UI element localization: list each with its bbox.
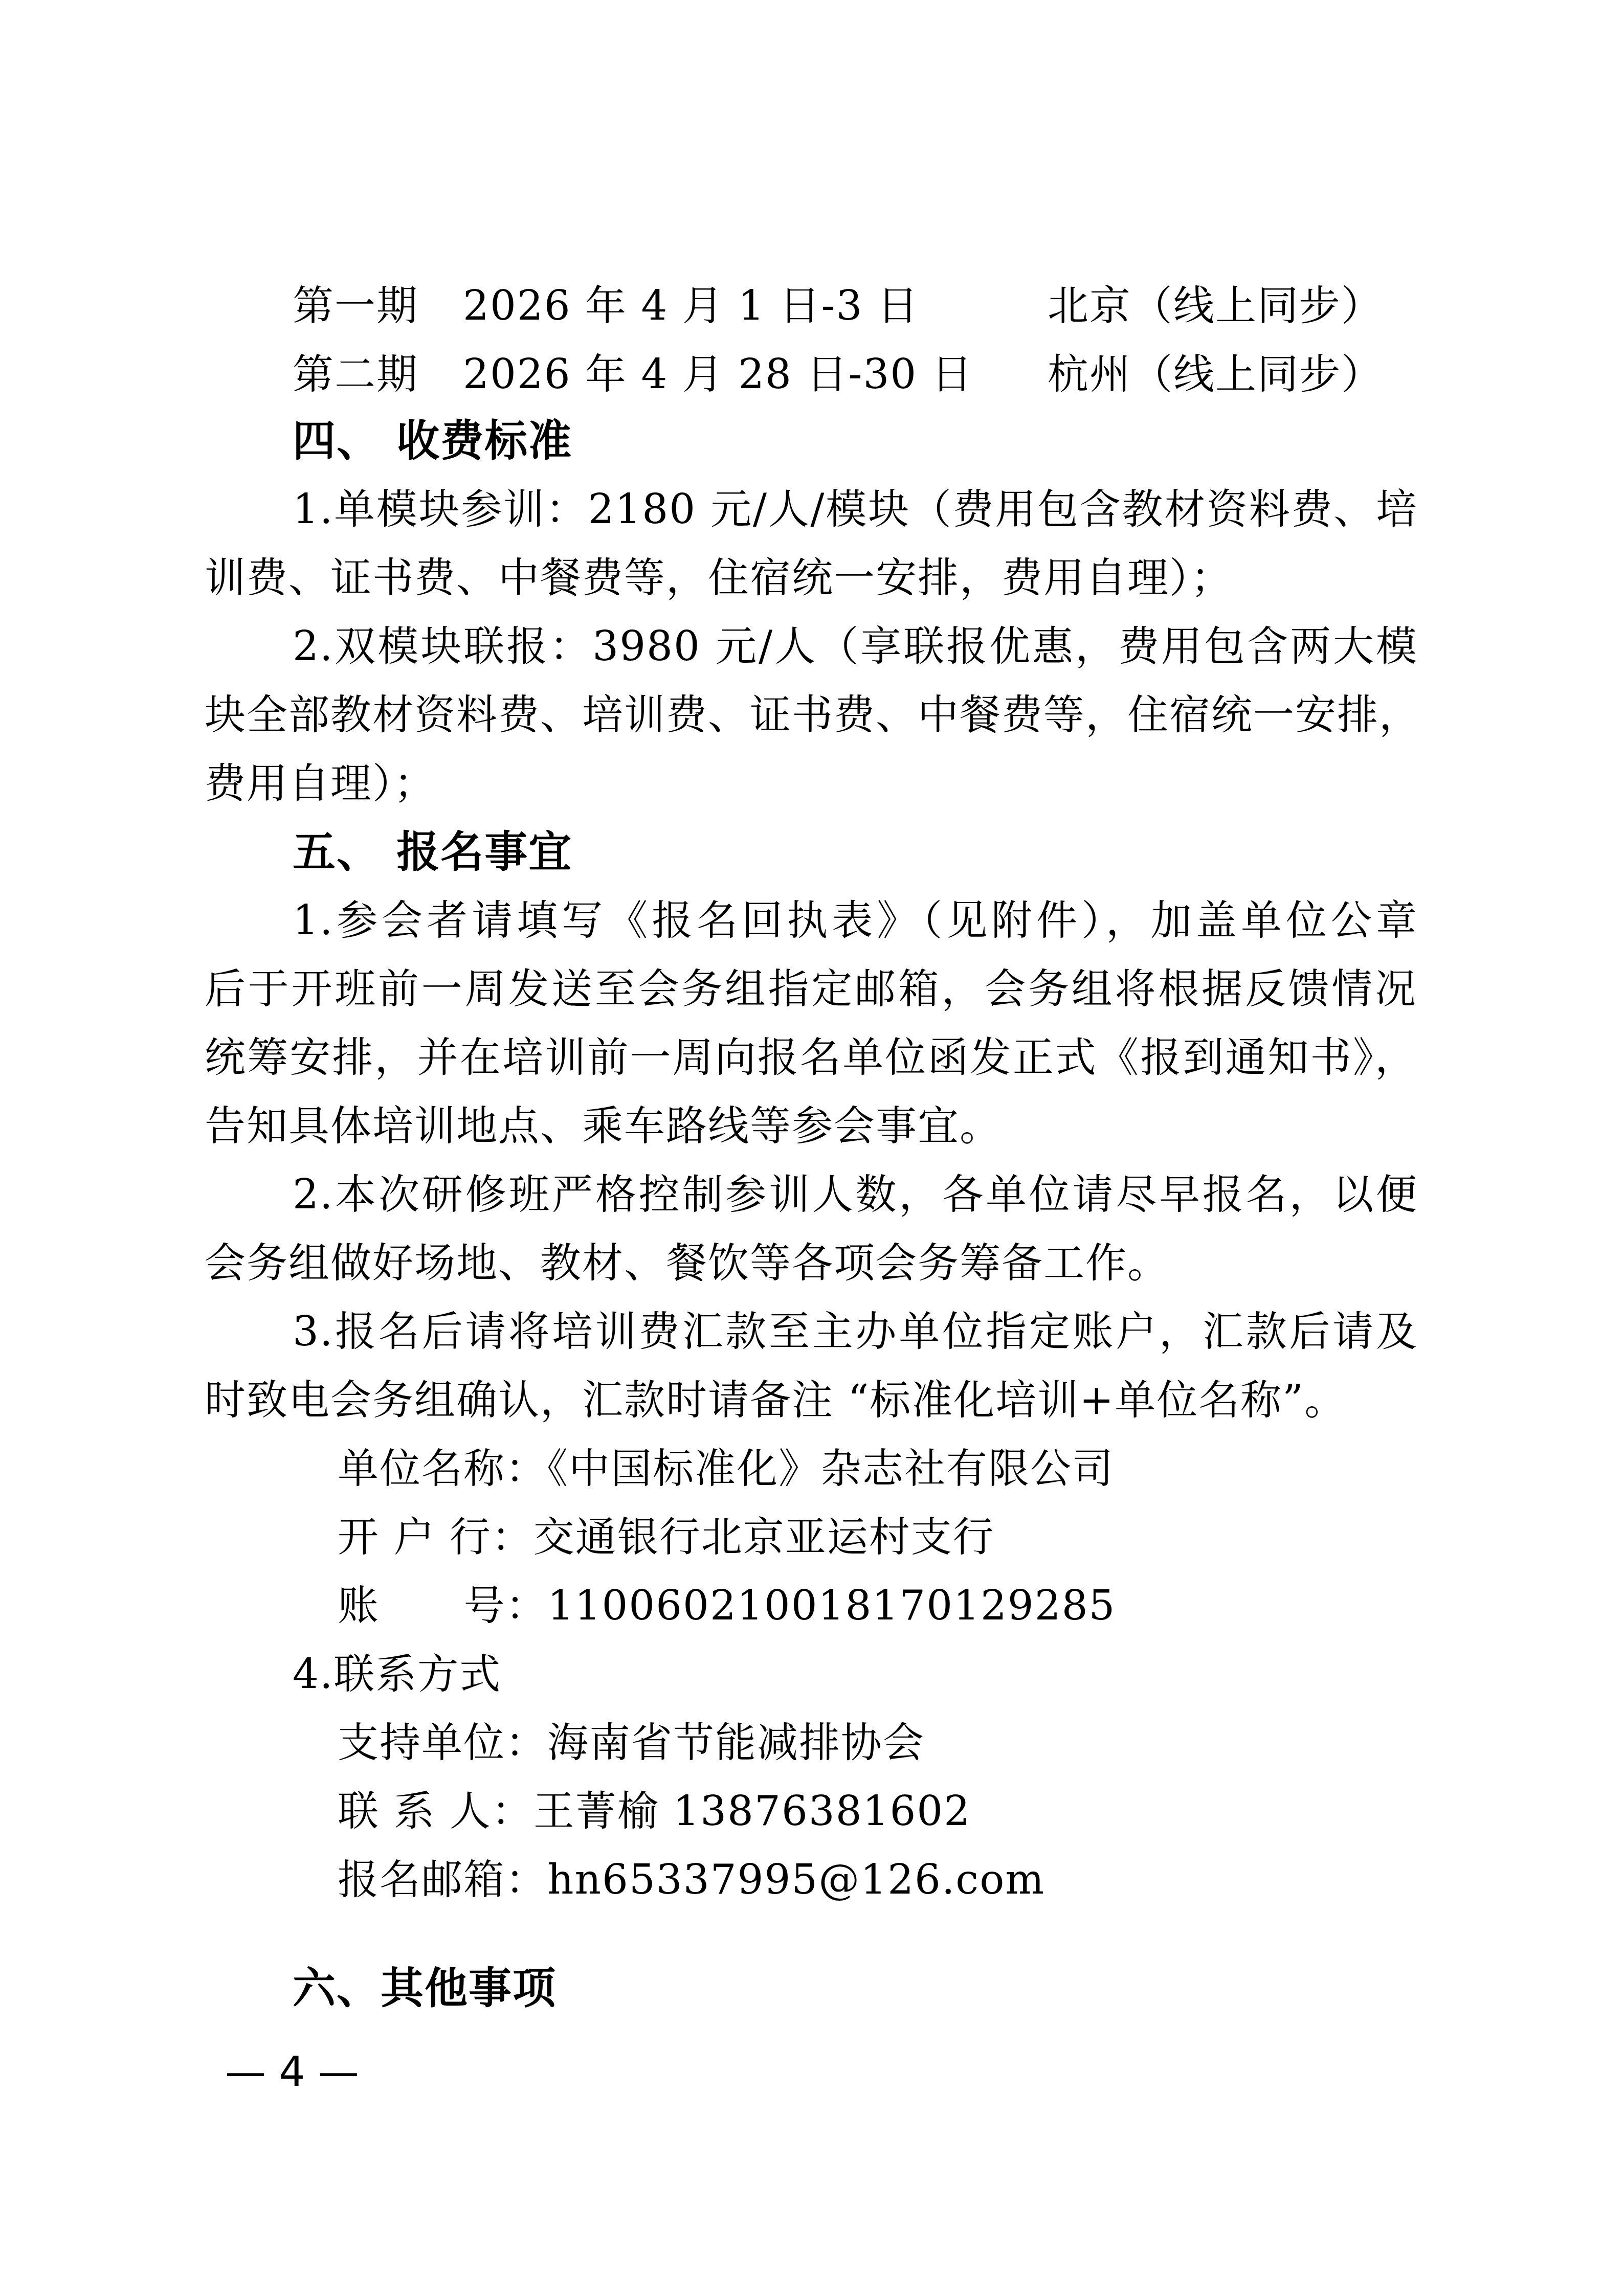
schedule-session: 第二期 [293,349,418,400]
registration-email-row: 报名邮箱：hn65337995@126.com [338,1854,1045,1905]
schedule-dates: 2026 年 4 月 1 日-3 日 [463,280,919,331]
page-number: — 4 — [225,2046,359,2098]
fee-item-2-line-2: 块全部教材资料费、培训费、证书费、中餐费等，住宿统一安排， [205,689,1417,740]
document-page: 第一期 2026 年 4 月 1 日-3 日 北京（线上同步） 第二期 2026… [0,0,1624,2296]
contact-title: 4.联系方式 [293,1649,501,1700]
schedule-session: 第一期 [293,280,418,331]
bank-account-number-row: 账 号：110060210018170129285 [338,1580,1116,1631]
reg-item-3-line-2: 时致电会务组确认，汇款时请备注 “标准化培训+单位名称”。 [205,1375,1346,1426]
registration-email-label: 报名邮箱： [338,1856,547,1903]
schedule-dates: 2026 年 4 月 28 日-30 日 [463,349,973,400]
reg-item-1-line-3: 统筹安排，并在培训前一周向报名单位函发正式《报到通知书》， [205,1032,1417,1083]
fee-item-1-line-1: 1.单模块参训：2180 元/人/模块（费用包含教材资料费、培 [293,484,1418,535]
contact-person-value: 王菁榆 13876381602 [533,1787,971,1835]
bank-account-label: 账 号： [338,1582,548,1629]
reg-item-2-line-2: 会务组做好场地、教材、餐饮等各项会务筹备工作。 [205,1237,1169,1289]
contact-person-label: 联 系 人： [338,1787,533,1835]
section-heading-other: 六、其他事项 [293,1963,557,2014]
bank-account-value: 110060210018170129285 [548,1582,1116,1629]
bank-branch-row: 开 户 行：交通银行北京亚运村支行 [338,1512,995,1563]
fee-item-2-line-3: 费用自理）； [205,758,436,809]
section-heading-fees: 四、 收费标准 [293,415,572,466]
fee-item-2-line-1: 2.双模块联报：3980 元/人（享联报优惠，费用包含两大模 [293,621,1418,672]
reg-item-1-line-4: 告知具体培训地点、乘车路线等参会事宜。 [205,1100,1002,1152]
bank-name-label: 单位名称： [338,1445,547,1492]
bank-account-name-row: 单位名称：《中国标准化》杂志社有限公司 [338,1443,1114,1494]
fee-item-1-line-2: 训费、证书费、中餐费等，住宿统一安排，费用自理）； [205,552,1233,603]
contact-person-row: 联 系 人：王菁榆 13876381602 [338,1786,971,1837]
schedule-location: 北京（线上同步） [1048,280,1383,331]
reg-item-1-line-1: 1.参会者请填写《报名回执表》（见附件），加盖单位公章 [293,895,1418,946]
reg-item-3-line-1: 3.报名后请将培训费汇款至主办单位指定账户，汇款后请及 [293,1306,1418,1357]
bank-branch-label: 开 户 行： [338,1513,533,1561]
section-heading-registration: 五、 报名事宜 [293,826,572,877]
support-unit-row: 支持单位：海南省节能减排协会 [338,1717,925,1768]
registration-email-value[interactable]: hn65337995@126.com [547,1856,1045,1903]
support-unit-value: 海南省节能减排协会 [547,1719,925,1766]
schedule-location: 杭州（线上同步） [1048,349,1383,400]
bank-name-value: 《中国标准化》杂志社有限公司 [547,1445,1114,1492]
support-unit-label: 支持单位： [338,1719,547,1766]
reg-item-2-line-1: 2.本次研修班严格控制参训人数，各单位请尽早报名，以便 [293,1169,1418,1220]
bank-branch-value: 交通银行北京亚运村支行 [533,1513,995,1561]
reg-item-1-line-2: 后于开班前一周发送至会务组指定邮箱，会务组将根据反馈情况 [205,963,1417,1015]
